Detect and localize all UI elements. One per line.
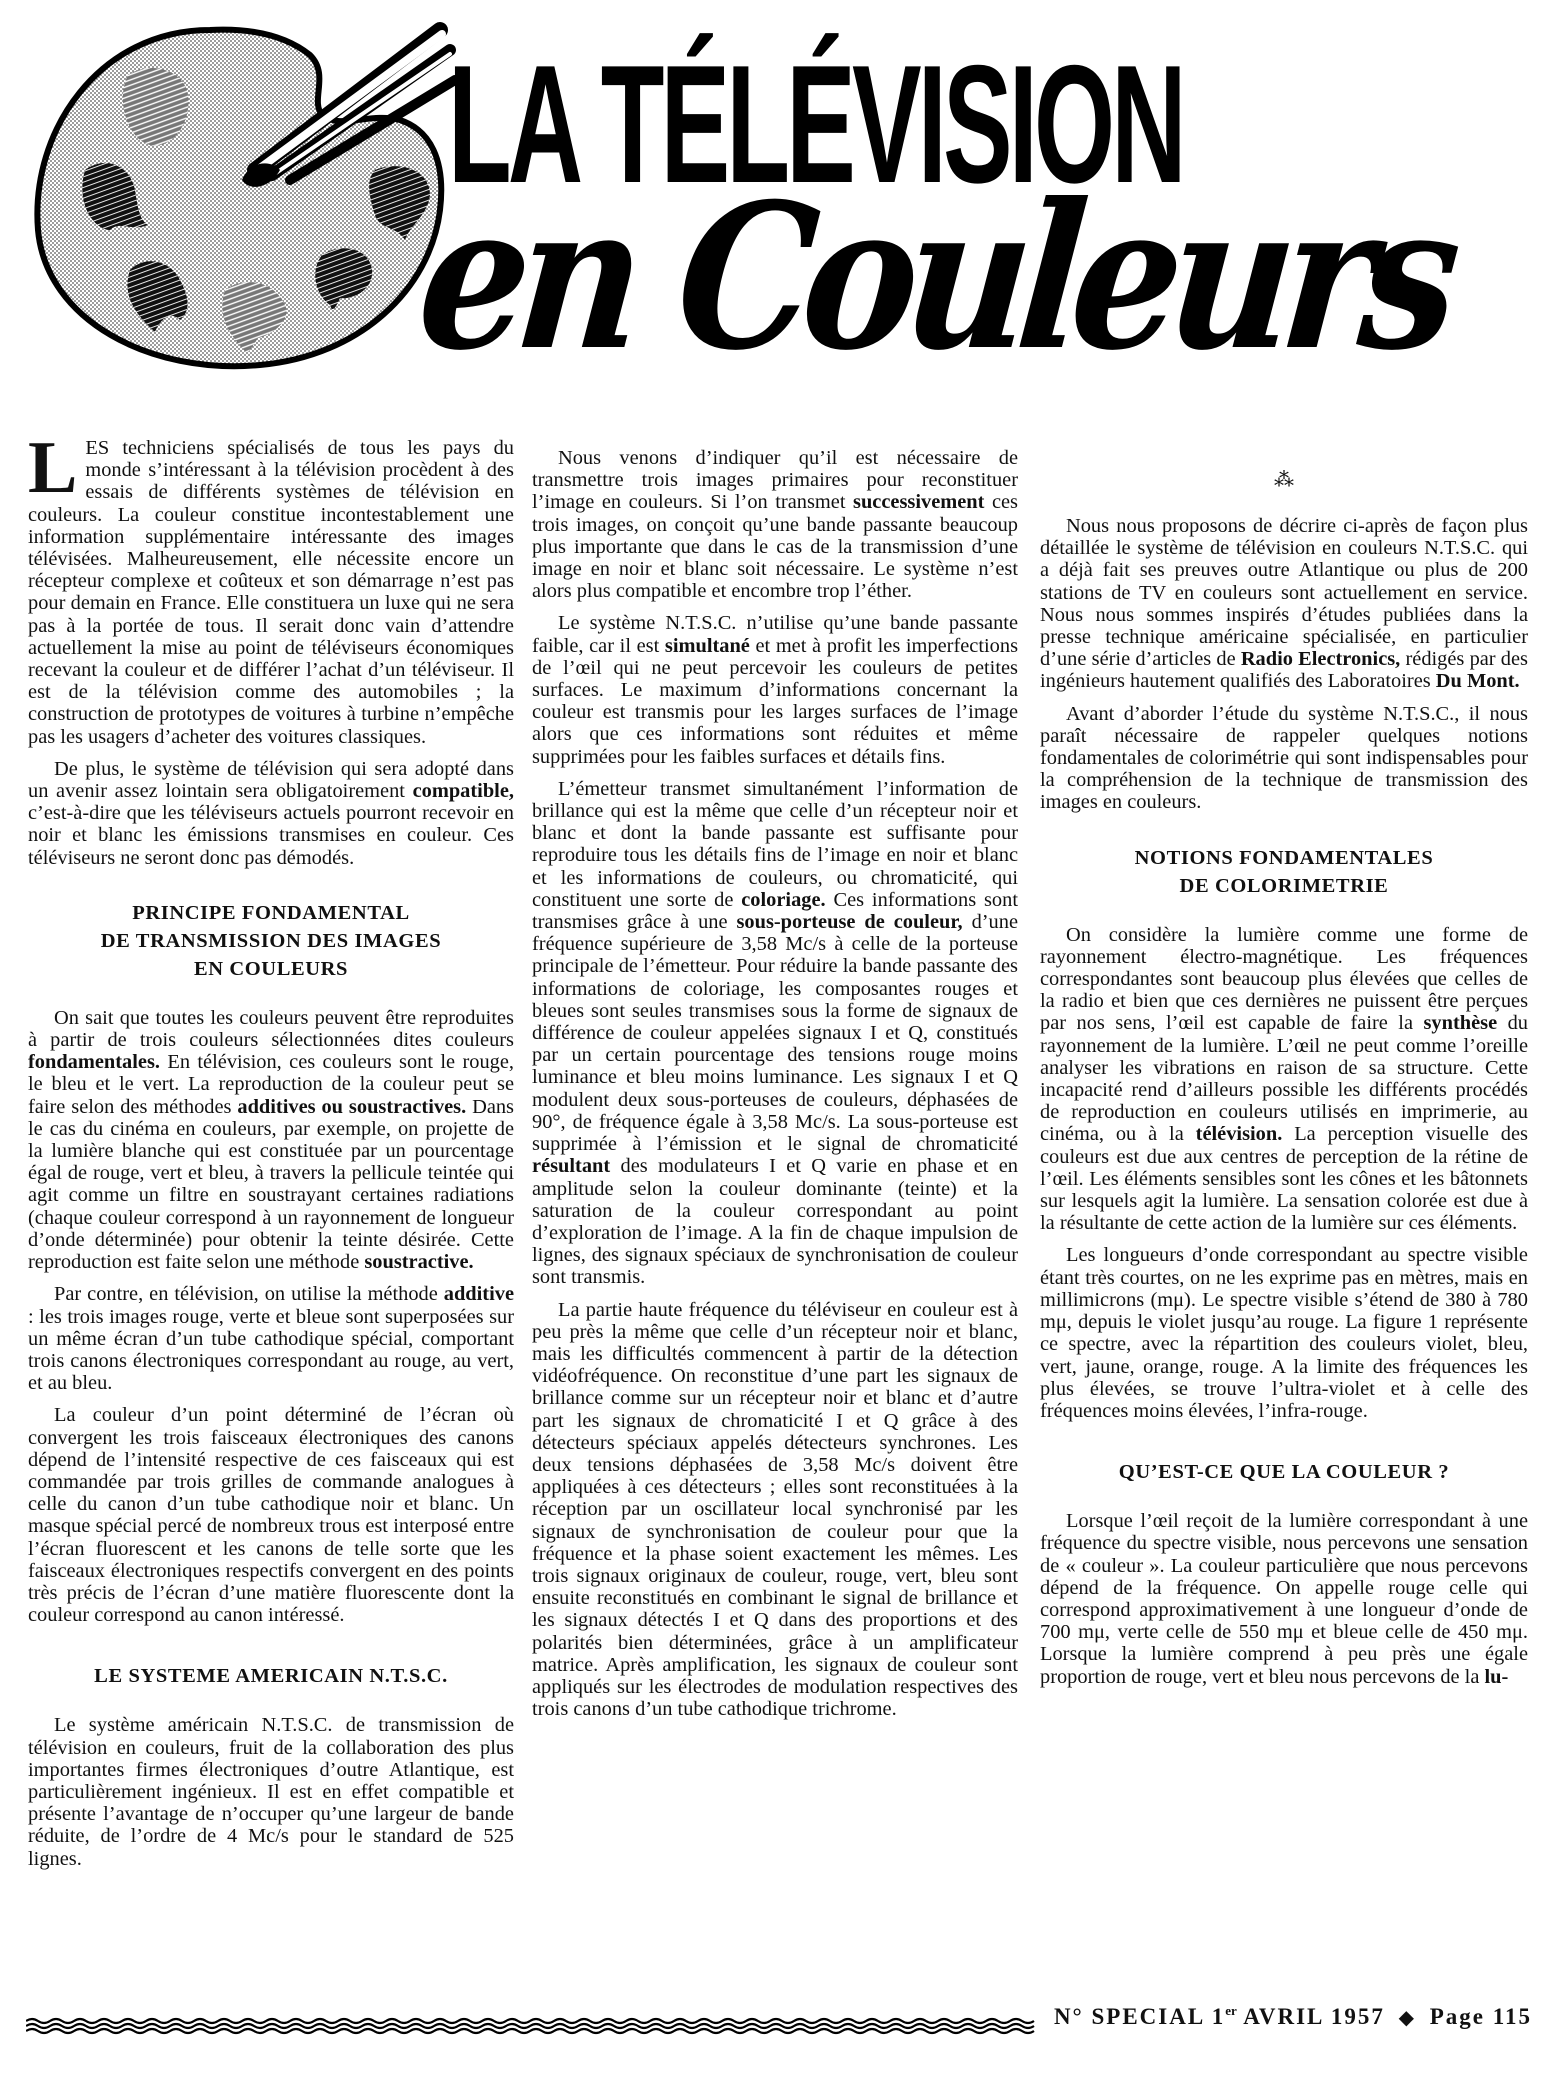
article-column-2: Nous venons d’indiquer qu’il est nécessa… (532, 437, 1018, 1730)
section-separator-stars: ⁂ (1040, 473, 1528, 487)
drop-cap: L (28, 439, 77, 497)
paragraph-ntsc-2: Nous venons d’indiquer qu’il est nécessa… (532, 447, 1018, 602)
diamond-icon: ◆ (1399, 2007, 1416, 2029)
intro-paragraph: LES techniciens spécialisés de tous les … (28, 437, 514, 748)
article-column-3: ⁂ Nous nous proposons de décrire ci-aprè… (1040, 437, 1528, 1698)
paragraph-compatible: De plus, le système de télévision qui se… (28, 758, 514, 869)
wavy-rule-divider (26, 2016, 1036, 2036)
paragraph-ntsc-5: La partie haute fréquence du téléviseur … (532, 1299, 1018, 1721)
issue-prefix: N° (1054, 2004, 1084, 2029)
paragraph-ntsc-4: L’émetteur transmet simultanément l’info… (532, 778, 1018, 1289)
masthead-subtitle: en Couleurs (412, 178, 1456, 378)
page-number: 115 (1493, 2004, 1532, 2029)
paragraph-ntsc-1: Le système américain N.T.S.C. de transmi… (28, 1714, 514, 1869)
issue-label: SPECIAL (1092, 2004, 1204, 2029)
paragraph-colorimetrie-2: Les longueurs d’onde correspondant au sp… (1040, 1244, 1528, 1422)
issue-date: AVRIL 1957 (1243, 2004, 1385, 2029)
paragraph-couleur-1: Lorsque l’œil reçoit de la lumière corre… (1040, 1510, 1528, 1688)
section-heading-principe: PRINCIPE FONDAMENTALDE TRANSMISSION DES … (28, 899, 514, 983)
masthead: LA TÉLÉVISION en Couleurs (0, 0, 1552, 380)
issue-day: 1 (1212, 2004, 1226, 2029)
paragraph-intro-ntsc-2: Avant d’aborder l’étude du système N.T.S… (1040, 703, 1528, 814)
page-footer: N° SPECIAL 1er AVRIL 1957 ◆ Page 115 (1040, 2003, 1532, 2030)
paragraph-principe-2: Par contre, en télévision, on utilise la… (28, 1283, 514, 1394)
paragraph-intro-ntsc-1: Nous nous proposons de décrire ci-après … (1040, 515, 1528, 693)
paragraph-colorimetrie-1: On considère la lumière comme une forme … (1040, 924, 1528, 1235)
article-column-1: LES techniciens spécialisés de tous les … (28, 437, 514, 1880)
paragraph-principe-1: On sait que toutes les couleurs peuvent … (28, 1007, 514, 1273)
section-heading-colorimetrie: NOTIONS FONDAMENTALESDE COLORIMETRIE (1040, 844, 1528, 900)
issue-day-suffix: er (1225, 2003, 1237, 2018)
page-label: Page (1430, 2004, 1485, 2029)
paragraph-principe-3: La couleur d’un point déterminé de l’écr… (28, 1404, 514, 1626)
paragraph-ntsc-3: Le système N.T.S.C. n’utilise qu’une ban… (532, 612, 1018, 767)
section-heading-ntsc: LE SYSTEME AMERICAIN N.T.S.C. (28, 1662, 514, 1690)
section-heading-couleur: QU’EST-CE QUE LA COULEUR ? (1040, 1458, 1528, 1486)
